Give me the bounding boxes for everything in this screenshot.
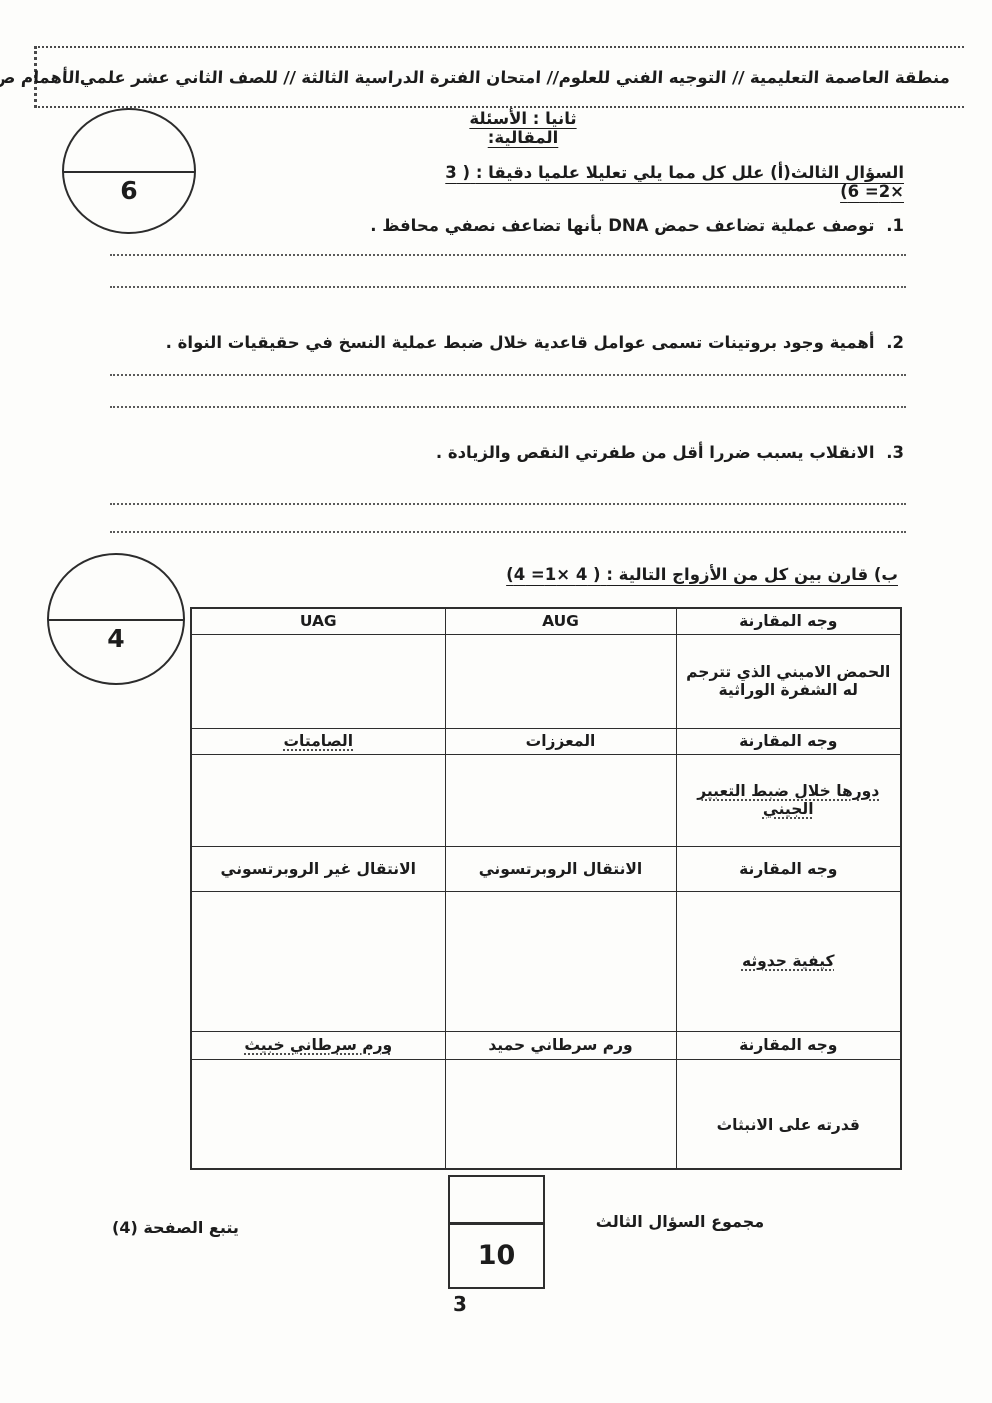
answer-cell bbox=[191, 634, 445, 728]
answer-line bbox=[110, 286, 906, 288]
item-number: 2. bbox=[886, 333, 904, 352]
table-header-row: وجه المقارنة الانتقال الروبرتسوني الانتق… bbox=[191, 846, 901, 891]
total-score-empty-cell bbox=[450, 1177, 543, 1225]
item-text: الانقلاب يسبب ضررا أقل من طفرتي النقص وا… bbox=[436, 443, 875, 462]
table-header-cell: وجه المقارنة bbox=[676, 1031, 901, 1059]
question3a-item-1: 1. توصف عملية تضاعف حمض DNA بأنها تضاعف … bbox=[114, 216, 904, 235]
answer-cell bbox=[445, 634, 676, 728]
answer-cell bbox=[445, 754, 676, 846]
table-header-cell: ورم سرطاني حميد bbox=[445, 1031, 676, 1059]
table-row: الحمض الاميني الذي تترجم له الشفرة الورا… bbox=[191, 634, 901, 728]
item-number: 1. bbox=[886, 216, 904, 235]
table-row: دورها خلال ضبط التعبير الجيني bbox=[191, 754, 901, 846]
item-number: 3. bbox=[886, 443, 904, 462]
table-header-cell: وجه المقارنة bbox=[676, 608, 901, 634]
table-header-row: وجه المقارنة ورم سرطاني حميد ورم سرطاني … bbox=[191, 1031, 901, 1059]
table-header-row: وجه المقارنة المعززات الصامتات bbox=[191, 728, 901, 754]
total-score-box: 10 bbox=[448, 1175, 545, 1289]
question3b-marks: ( 4 ×1= 4) bbox=[506, 565, 600, 584]
table-header-cell: وجه المقارنة bbox=[676, 728, 901, 754]
row-label-cell: الحمض الاميني الذي تترجم له الشفرة الورا… bbox=[676, 634, 901, 728]
answer-line bbox=[110, 254, 906, 256]
table-header-cell: الانتقال غير الروبرتسوني bbox=[191, 846, 445, 891]
answer-cell bbox=[191, 1059, 445, 1169]
score-circle-part-b: 4 bbox=[47, 553, 185, 685]
page-number: 3 bbox=[440, 1292, 480, 1316]
table-header-cell: المعززات bbox=[445, 728, 676, 754]
answer-line bbox=[110, 503, 906, 505]
answer-line bbox=[110, 531, 906, 533]
answer-line bbox=[110, 406, 906, 408]
total-score-value: 10 bbox=[450, 1225, 543, 1285]
table-header-cell: الانتقال الروبرتسوني bbox=[445, 846, 676, 891]
continue-note: يتبع الصفحة (4) bbox=[112, 1218, 292, 1237]
score-circle-value: 4 bbox=[49, 624, 183, 653]
answer-cell bbox=[191, 891, 445, 1031]
answer-cell bbox=[445, 1059, 676, 1169]
question3b-heading-text: ب) قارن بين كل من الأزواج التالية : bbox=[606, 565, 898, 584]
section-title: ثانيا : الأسئلة المقالية: bbox=[438, 109, 608, 147]
score-circle-divider bbox=[49, 619, 183, 621]
exam-header-title: منطقة العاصمة التعليمية // التوجيه الفني… bbox=[80, 68, 951, 87]
answer-cell bbox=[191, 754, 445, 846]
question3b-heading: ب) قارن بين كل من الأزواج التالية : ( 4 … bbox=[498, 565, 898, 584]
comparison-table: وجه المقارنة AUG UAG الحمض الاميني الذي … bbox=[190, 607, 902, 1170]
table-header-cell: ورم سرطاني خبيث bbox=[191, 1031, 445, 1059]
item-text: توصف عملية تضاعف حمض DNA بأنها تضاعف نصف… bbox=[370, 216, 874, 235]
table-row: قدرته على الانبثاث bbox=[191, 1059, 901, 1169]
score-circle-value: 6 bbox=[64, 176, 194, 205]
item-text: أهمية وجود بروتينات تسمى عوامل قاعدية خل… bbox=[166, 333, 875, 352]
table-header-cell: الصامتات bbox=[191, 728, 445, 754]
answer-line bbox=[110, 374, 906, 376]
table-header-cell: UAG bbox=[191, 608, 445, 634]
exam-header-note: الأهمام ص 3 bbox=[0, 68, 81, 87]
question3a-item-2: 2. أهمية وجود بروتينات تسمى عوامل قاعدية… bbox=[114, 333, 904, 352]
question3a-item-3: 3. الانقلاب يسبب ضررا أقل من طفرتي النقص… bbox=[114, 443, 904, 462]
row-label-cell: دورها خلال ضبط التعبير الجيني bbox=[676, 754, 901, 846]
row-label-cell: كيفية حدوثه bbox=[676, 891, 901, 1031]
total-score-label: مجموع السؤال الثالث bbox=[560, 1212, 800, 1231]
question3a-heading: السؤال الثالث(أ) علل كل مما يلي تعليلا ع… bbox=[414, 163, 904, 201]
table-row: كيفية حدوثه bbox=[191, 891, 901, 1031]
table-header-cell: AUG bbox=[445, 608, 676, 634]
exam-header: منطقة العاصمة التعليمية // التوجيه الفني… bbox=[34, 46, 964, 108]
exam-page: منطقة العاصمة التعليمية // التوجيه الفني… bbox=[0, 0, 992, 1403]
question3a-heading-text: السؤال الثالث(أ) علل كل مما يلي تعليلا ع… bbox=[476, 163, 904, 182]
table-header-row: وجه المقارنة AUG UAG bbox=[191, 608, 901, 634]
score-circle-divider bbox=[64, 171, 194, 173]
answer-cell bbox=[445, 891, 676, 1031]
row-label-cell: قدرته على الانبثاث bbox=[676, 1059, 901, 1169]
table-header-cell: وجه المقارنة bbox=[676, 846, 901, 891]
